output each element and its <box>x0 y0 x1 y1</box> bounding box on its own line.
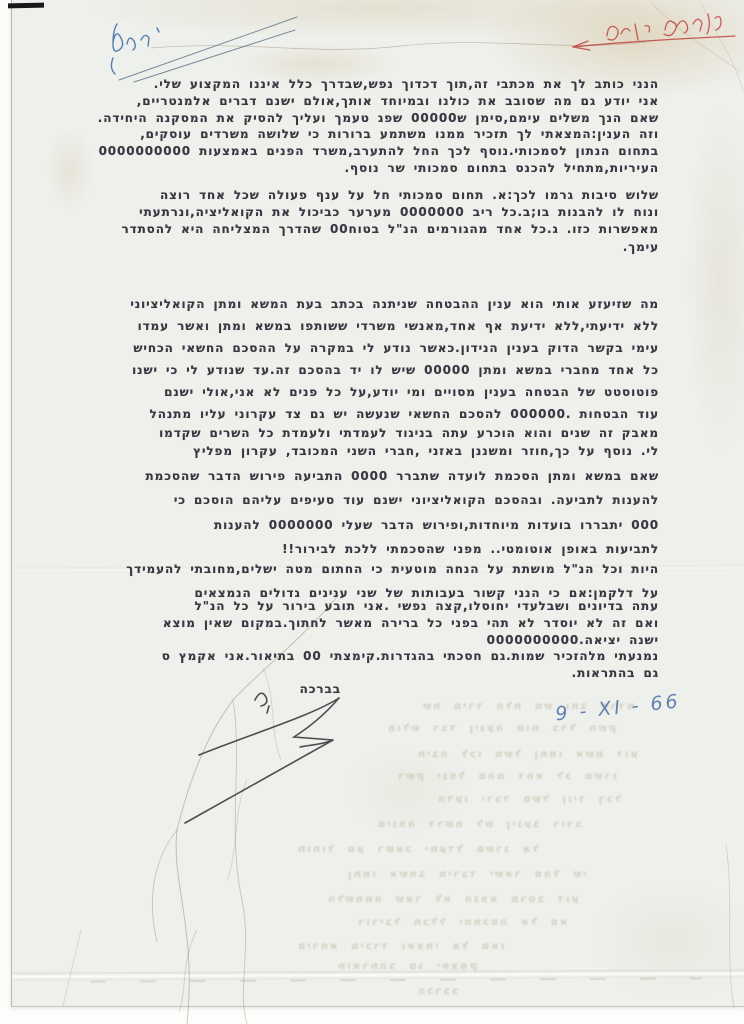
bleedthrough-text: רשק ינפל םהמ דחא לכ םשרנ <box>396 770 686 782</box>
paper-stain <box>592 880 744 1000</box>
text-line: היות וכל הנ"ל מושתת על הנחה מוטעית כי הח… <box>84 557 659 581</box>
text-line: 000 יתבררו בועדות מיוחדות,ופירוש הדבר שע… <box>84 513 659 537</box>
text-line: עוד הבטחות .000000 להסכם החשאי שנעשה יש … <box>84 404 659 426</box>
text-line: העיריות,מתחיל להכנס בתחום סמכותי שר נוסף… <box>84 160 659 177</box>
paragraph: מאבק זה שנים והוא הוכרע עתה בניגוד לעמדת… <box>84 425 659 459</box>
fold-crease <box>12 969 744 980</box>
text-line: בתחום הנתון לסמכותי.נוסף לכך החל להתערב,… <box>84 143 659 160</box>
bleedthrough-text: הלשממה שאר לא הנפא םרטב דוע <box>326 893 686 905</box>
text-line: כל אחד מחברי במשא ומתן 00000 שיש לו יד ב… <box>84 360 659 382</box>
text-line: ללא ידיעתי,ללא ידיעת אף אחד,מאנשי משרדי … <box>84 316 659 338</box>
text-line: אני יודע גם מה שסובב את כולנו ובמיוחד או… <box>84 93 659 110</box>
letter-body: הנני כותב לך את מכתבי זה,תוך דכדוך נפש,ש… <box>84 76 659 698</box>
bleedthrough-text: םירחא םיכרד ואצמי אל םאו <box>296 940 686 952</box>
closing-salutation: בברכה <box>84 681 341 698</box>
text-line: ישנה יציאה.0000000000 <box>84 632 659 649</box>
text-line: מה שזיעזע אותי הוא ענין ההבטחה שניתנה בכ… <box>84 294 659 316</box>
text-line: ונוח לו להבנות בו;ב.כל ריב 0000000 מערער… <box>84 204 659 221</box>
paper-stain <box>92 0 672 38</box>
text-line: וזה הענין:המצאתי לך תזכיר ממנו משתמע ברו… <box>84 126 659 143</box>
text-line: מאבק זה שנים והוא הוכרע עתה בניגוד לעמדת… <box>84 425 659 442</box>
text-line: ואם זה לא יוסדר לא תהי בפני כל ברירה מאש… <box>84 615 659 632</box>
bleedthrough-text: תוארתהב םג יתצמק <box>336 960 586 972</box>
paper-stain <box>687 110 744 450</box>
paragraph: שלוש סיבות גרמו לכך:א. תחום סמכותי חל על… <box>84 187 659 256</box>
bleedthrough-text: תוחול םע רשאכ יתעדל םשרנ אל <box>296 843 686 855</box>
text-line: מאפשרות כזו. ג.כל אחד מהגורמים הנ"ל בטוח… <box>84 221 659 238</box>
bleedthrough-text: םינפה דרשמ לש ןינעב רורב <box>376 818 686 830</box>
text-line: להענות לתביעה. ובהסכם הקואליציוני ישנם ע… <box>84 488 659 512</box>
scanned-letter-page: שת םירד הלח םש ותב שרדמםולש רבד ןינעה םו… <box>11 0 744 1007</box>
text-line: שאם הנך משלים עימם,סימן ש00000 שפג טעמך … <box>84 110 659 127</box>
text-line: נמנעתי מלהזכיר שמות.גם חסכתי בהגדרות.קימ… <box>84 648 659 665</box>
bleedthrough-text: תיבה לכו םשל ןתמו אשמ דוע <box>416 748 686 760</box>
text-line: עתה בדיונים ושבלעדי יחוסלו,קצה נפשי .אני… <box>84 598 659 615</box>
text-line: גם בהתראות. <box>84 665 659 682</box>
text-line: לי. נוסף על כך,חוזר ומשננן באזני ,חברי ה… <box>84 443 659 460</box>
text-line: שלוש סיבות גרמו לכך:א. תחום סמכותי חל על… <box>84 187 659 204</box>
text-line: פוטוסטט של הבטחה בענין מסויים ומי יודע,ע… <box>84 382 659 404</box>
bleedthrough-text: םולש רבד ןינעה םות ברל השק <box>386 722 686 734</box>
paragraph: עתה בדיונים ושבלעדי יחוסלו,קצה נפשי .אני… <box>84 598 659 681</box>
paragraph: מה שזיעזע אותי הוא ענין ההבטחה שניתנה בכ… <box>84 294 659 425</box>
bleedthrough-text: רוריבל תכלל יתמכסה אל םא <box>356 916 686 928</box>
bleedthrough-text: הדעו ירבד םשל ןויד ךכל <box>436 793 686 805</box>
text-line: עימך. <box>84 239 659 256</box>
paper-stain <box>342 745 472 835</box>
paragraph: הנני כותב לך את מכתבי זה,תוך דכדוך נפש,ש… <box>84 76 659 177</box>
scan-edge-mark <box>8 3 44 9</box>
text-line: עימי בקשר הדוק בענין הנידון.כאשר נודע לי… <box>84 338 659 360</box>
bleedthrough-text: הכרבב <box>416 985 616 997</box>
bleedthrough-text: ןתמו אשמב םירבד ישאר םהל שי <box>346 868 686 880</box>
text-line: הנני כותב לך את מכתבי זה,תוך דכדוך נפש,ש… <box>84 76 659 93</box>
text-line: שאם במשא ומתן הסכמת לועדה שתברר 0000 התב… <box>84 464 659 488</box>
paragraph: שאם במשא ומתן הסכמת לועדה שתברר 0000 התב… <box>84 464 659 562</box>
